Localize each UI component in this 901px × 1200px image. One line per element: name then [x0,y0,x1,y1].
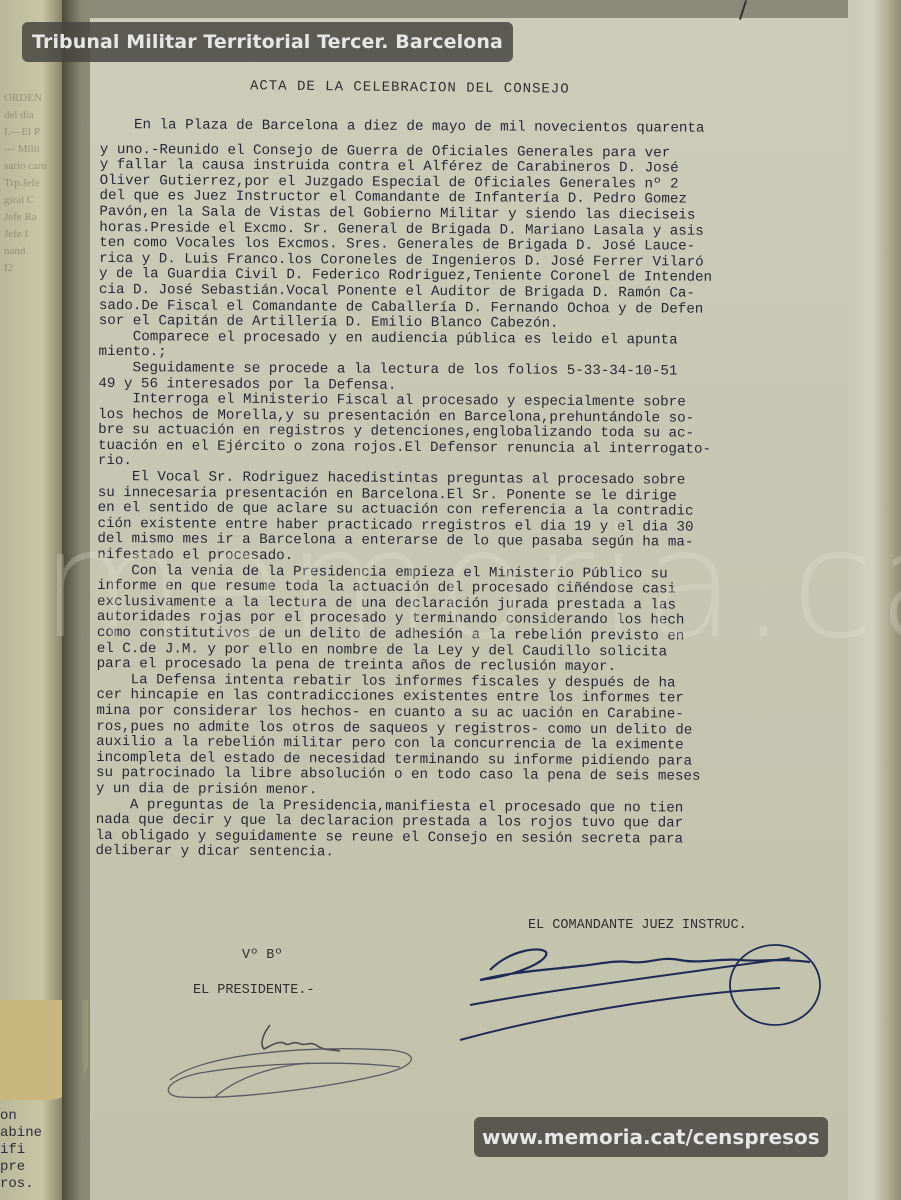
president-signature [160,1005,430,1115]
visto-bueno-label: Vº Bº [242,948,283,963]
adjacent-page-text: ORDENdel díaI.—El P— Militsario camTrp.J… [4,90,64,277]
website-banner[interactable]: www.memoria.cat/censpresos [474,1117,828,1157]
adjacent-page-bottom-text: on abine ifi pre ros. [0,1108,66,1193]
pen-mark [739,0,747,20]
judge-signature [450,930,840,1050]
page-edge [848,0,901,1200]
fragment: abine [0,1125,66,1142]
source-banner: Tribunal Militar Territorial Tercer. Bar… [22,22,513,62]
fragment: ifi [0,1142,66,1159]
president-title: EL PRESIDENTE.- [193,983,315,998]
fragment: on [0,1108,66,1125]
document-title: ACTA DE LA CELEBRACION DEL CONSEJO [250,78,570,97]
document-body: En la Plaza de Barcelona a diez de mayo … [95,118,820,864]
fragment: ros. [0,1176,66,1193]
fragment: pre [0,1159,66,1176]
